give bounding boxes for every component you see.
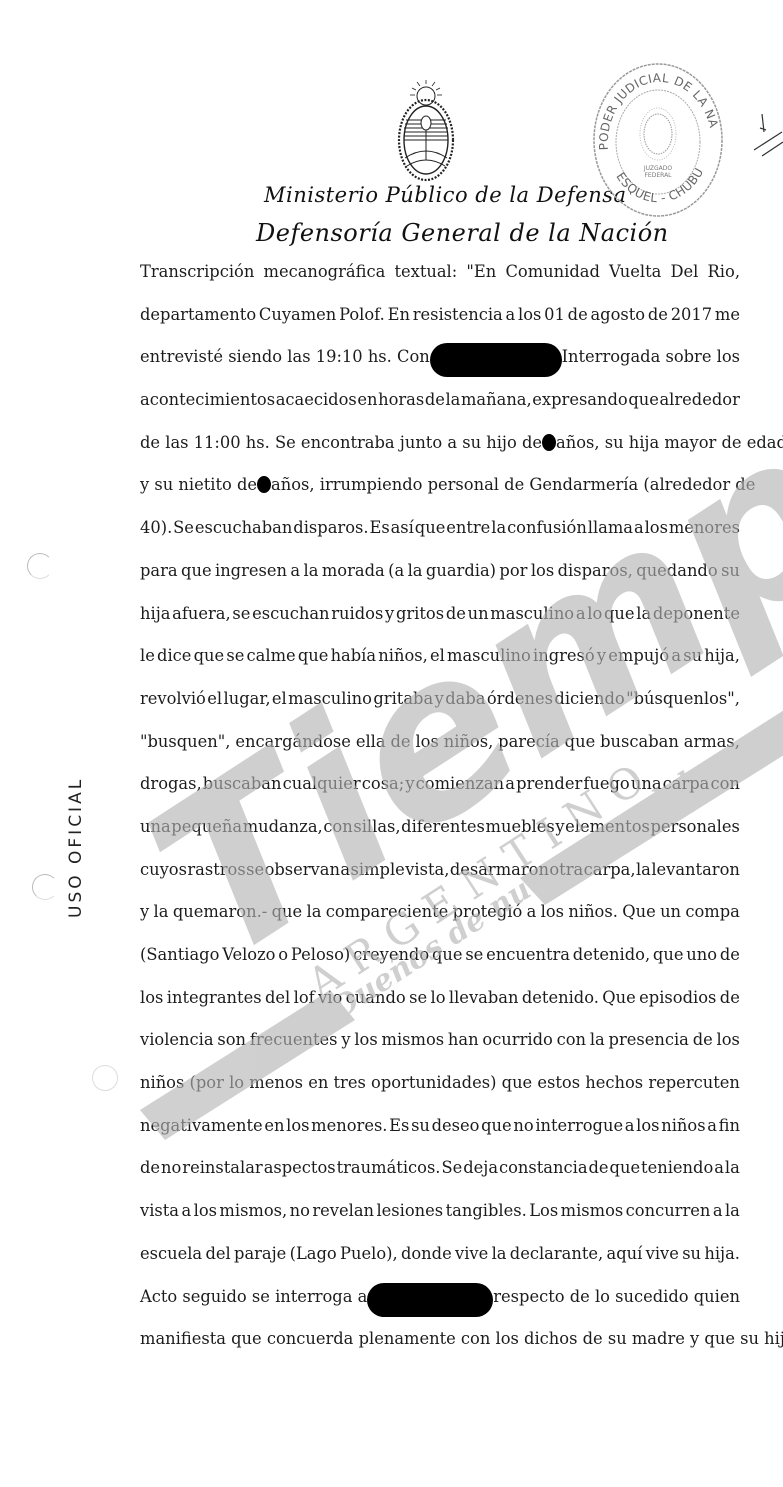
word: integrantes <box>167 984 262 1027</box>
word: calme <box>247 642 296 685</box>
word: disparos. <box>293 514 368 557</box>
word: con <box>557 1026 586 1069</box>
word: y <box>341 1026 350 1069</box>
word: mañana, <box>461 386 532 429</box>
binder-hole <box>27 553 53 579</box>
word: donde <box>401 1240 452 1283</box>
word: masculino <box>288 685 372 728</box>
word: desarmaron <box>450 856 549 899</box>
word: deseo <box>432 1112 480 1155</box>
text-segment: oportunidades) <box>371 1069 496 1112</box>
word: a <box>713 1197 723 1240</box>
word: que <box>481 1112 512 1155</box>
word: presencia <box>609 1026 689 1069</box>
text-segment: un <box>660 898 681 941</box>
word: reinstalar <box>182 1154 262 1197</box>
binder-hole <box>32 874 58 900</box>
word: otra <box>549 856 583 899</box>
text-line: hijaafuera,seescuchanruidosygritosdeunma… <box>140 600 740 643</box>
stamp-center-line1: JUZGADO <box>643 165 673 172</box>
office-name: Defensoría General de la Nación <box>256 219 669 247</box>
word: se <box>232 600 250 643</box>
word: alrededor <box>659 386 739 429</box>
word: que <box>181 557 212 600</box>
text-line: losintegrantesdellofviocuandoselollevaba… <box>140 984 740 1027</box>
word: llevaban <box>449 984 519 1027</box>
word: diciendo <box>554 685 624 728</box>
word: a <box>340 856 350 899</box>
word: y <box>555 813 564 856</box>
word: en <box>357 386 377 429</box>
text-segment: encargándose <box>235 728 351 771</box>
word: expresando <box>532 386 627 429</box>
word: la <box>725 1197 740 1240</box>
word: 40). <box>140 514 172 557</box>
word: me <box>715 301 740 344</box>
word: que <box>628 386 659 429</box>
text-segment: Transcripción <box>140 258 254 301</box>
word: quedando <box>636 557 717 600</box>
word: mismos <box>561 1197 624 1240</box>
word: vive <box>455 1240 488 1283</box>
word: en <box>264 1112 284 1155</box>
text-segment: niños. <box>568 898 618 941</box>
word: por <box>499 557 527 600</box>
court-stamp: PODER JUDICIAL DE LA NACIÓN ESQUEL - CHU… <box>586 58 726 218</box>
svg-text:PODER JUDICIAL DE LA NACIÓN: PODER JUDICIAL DE LA NACIÓN <box>586 58 721 150</box>
word: del <box>265 984 290 1027</box>
text-line: de las 11:00 hs. Se encontraba junto a s… <box>140 429 740 472</box>
word: el <box>207 685 222 728</box>
text-line: niños(porlomenosentresoportunidades)quee… <box>140 1069 740 1112</box>
redaction-mark <box>367 1283 493 1317</box>
word: la <box>636 600 651 643</box>
word: niños, <box>378 642 428 685</box>
text-segment: "En <box>466 258 496 301</box>
word: los <box>636 1112 659 1155</box>
text-segment: tres <box>334 1069 366 1112</box>
word: comienzan <box>416 770 504 813</box>
word: rastros <box>187 856 245 899</box>
word: (Santiago <box>140 941 219 984</box>
word: la <box>725 1154 740 1197</box>
word: carpa, <box>584 856 636 899</box>
word: acontecimientos <box>140 386 275 429</box>
word: escuela <box>140 1240 202 1283</box>
document-page: Ministerio Público de la Defensa Defenso… <box>0 0 783 1487</box>
text-segment-group: de las 11:00 hs. Se encontraba junto a s… <box>140 429 783 472</box>
text-line: revolvióellugar,elmasculinogritabaydabaó… <box>140 685 740 728</box>
word: la <box>445 386 460 429</box>
word: mudanza, <box>243 813 323 856</box>
text-segment: "busquen", <box>140 728 230 771</box>
text-segment: años, su hija mayor de edad <box>556 429 783 457</box>
word: de <box>425 386 445 429</box>
word: los <box>194 1197 217 1240</box>
text-line: ylaquemaron.-quelacomparecienteprotegióa… <box>140 898 740 941</box>
text-segment: Del <box>670 258 698 301</box>
text-line: y su nietito deaños, irrumpiendo persona… <box>140 471 740 514</box>
word: horas <box>378 386 424 429</box>
word: guardia) <box>426 557 496 600</box>
stamp-center-line2: FEDERAL <box>644 172 672 179</box>
word: el <box>430 642 445 685</box>
word: la <box>590 1026 605 1069</box>
word: menores <box>669 514 740 557</box>
word: de <box>140 1154 160 1197</box>
word: negativamente <box>140 1112 263 1155</box>
word: lo <box>587 600 602 643</box>
word: vista, <box>405 856 449 899</box>
word: teniendo <box>641 1154 713 1197</box>
word: sillas, <box>353 813 400 856</box>
word: confusión <box>507 514 587 557</box>
word: detenido, <box>573 941 650 984</box>
text-segment: Rio, <box>708 258 740 301</box>
text-segment: a <box>527 898 537 941</box>
word: dice <box>157 642 191 685</box>
word: acaecidos <box>276 386 357 429</box>
word: su <box>683 642 702 685</box>
text-segment-group: y su nietito deaños, irrumpiendo persona… <box>140 471 755 514</box>
text-segment: de las 11:00 hs. Se encontraba junto a s… <box>140 429 542 457</box>
word: a <box>714 1154 724 1197</box>
word: afuera, <box>172 600 231 643</box>
word: gritaba <box>373 685 433 728</box>
word: los <box>645 514 668 557</box>
word: con <box>711 770 740 813</box>
text-segment: Comunidad <box>505 258 599 301</box>
word: y <box>385 600 394 643</box>
text-line: Transcripciónmecanográficatextual:"EnCom… <box>140 258 740 301</box>
redaction-dot <box>257 476 271 493</box>
text-line: violenciasonfrecuentesylosmismoshanocurr… <box>140 1026 740 1069</box>
text-segment: ella <box>356 728 386 771</box>
text-segment: hechos <box>585 1069 643 1112</box>
text-line: departamentoCuyamenPolof.Enresistenciaal… <box>140 301 740 344</box>
text-segment: niños, <box>444 728 494 771</box>
text-segment: armas, <box>684 728 740 771</box>
word: así <box>391 514 414 557</box>
text-line: denoreinstalaraspectostraumáticos.Sedeja… <box>140 1154 740 1197</box>
word: levantaron <box>651 856 740 899</box>
word: han <box>448 1026 479 1069</box>
word: a <box>506 301 516 344</box>
word: no <box>290 1197 310 1240</box>
word: que <box>432 941 463 984</box>
text-segment: respecto de lo sucedido quien <box>493 1283 740 1326</box>
text-segment: la <box>306 898 321 941</box>
text-line: negativamenteenlosmenores.Essudeseoqueno… <box>140 1112 740 1155</box>
word: de <box>648 301 668 344</box>
word: con <box>323 813 352 856</box>
text-line: "busquen",encargándoseelladelosniños,par… <box>140 728 740 771</box>
word: diferentes <box>401 813 485 856</box>
text-segment: Vuelta <box>609 258 661 301</box>
text-segment: lo <box>229 1069 244 1112</box>
word: revolvió <box>140 685 206 728</box>
word: la <box>304 557 319 600</box>
text-segment: buscaban <box>600 728 679 771</box>
text-segment: y su nietito de <box>140 471 257 499</box>
text-line: paraqueingresenalamorada(alaguardia)porl… <box>140 557 740 600</box>
word: o <box>278 941 288 984</box>
text-segment: menos <box>249 1069 303 1112</box>
word: que <box>604 600 635 643</box>
stamp-top-text: PODER JUDICIAL DE LA NACIÓN <box>586 58 721 150</box>
word: pequeña <box>171 813 242 856</box>
word: lesiones <box>376 1197 443 1240</box>
word: episodios <box>639 984 716 1027</box>
word: que <box>298 642 329 685</box>
word: Polof. <box>339 301 385 344</box>
word: deponente <box>653 600 740 643</box>
word: los <box>518 301 541 344</box>
word: que <box>415 514 446 557</box>
word: hija <box>140 600 170 643</box>
word: Es <box>389 1112 409 1155</box>
text-segment: niños <box>140 1069 184 1112</box>
word: a <box>625 1112 635 1155</box>
word: la <box>491 514 506 557</box>
word: escuchan <box>252 600 329 643</box>
word: interrogue <box>535 1112 623 1155</box>
word: vive <box>646 1240 679 1283</box>
word: un <box>468 600 489 643</box>
text-segment: compa <box>685 898 740 941</box>
text-line: ledicequesecalmequehabíaniños,elmasculin… <box>140 642 740 685</box>
word: y <box>597 642 606 685</box>
word: declarante, <box>510 1240 603 1283</box>
word: resistencia <box>413 301 503 344</box>
text-line: acontecimientosacaecidosenhorasdelamañan… <box>140 386 740 429</box>
word: mismos <box>382 1026 445 1069</box>
word: una <box>631 770 662 813</box>
word: morada <box>322 557 385 600</box>
word: vista <box>140 1197 179 1240</box>
word: ruidos <box>331 600 383 643</box>
word: Que <box>602 984 635 1027</box>
text-segment: de <box>391 728 411 771</box>
word: 01 <box>544 301 565 344</box>
text-segment: los <box>541 898 564 941</box>
word: de <box>589 1154 609 1197</box>
word: muebles <box>486 813 555 856</box>
word: personales <box>650 813 739 856</box>
word: creyendo <box>353 941 429 984</box>
word: su <box>682 1240 701 1283</box>
word: había <box>331 642 377 685</box>
word: uno <box>686 941 717 984</box>
text-line: entrevisté siendo las 19:10 hs. ConInter… <box>140 343 740 386</box>
text-segment: que <box>272 898 303 941</box>
text-segment: la <box>154 898 169 941</box>
word: concurren <box>626 1197 711 1240</box>
word: de <box>720 984 740 1027</box>
word: (a <box>388 557 404 600</box>
word: Puelo), <box>340 1240 398 1283</box>
word: y <box>435 685 444 728</box>
word: órdenes <box>487 685 553 728</box>
word: 2017 <box>671 301 712 344</box>
word: ocurrido <box>482 1026 552 1069</box>
word: cuando <box>346 984 406 1027</box>
text-segment: mecanográfica <box>264 258 386 301</box>
text-segment: y <box>140 898 149 941</box>
text-line: (SantiagoVelozooPeloso)creyendoqueseencu… <box>140 941 740 984</box>
word: niños <box>661 1112 705 1155</box>
text-line: unapequeñamudanza,consillas,diferentesmu… <box>140 813 740 856</box>
text-segment: parecía <box>498 728 560 771</box>
word: Se <box>173 514 194 557</box>
word: son <box>217 1026 246 1069</box>
page-number-mark <box>752 110 783 160</box>
word: mismos, <box>219 1197 287 1240</box>
text-segment: protegió <box>453 898 523 941</box>
word: a <box>181 1197 191 1240</box>
text-segment: Acto seguido se interroga a <box>140 1283 367 1326</box>
word: frecuentes <box>250 1026 338 1069</box>
text-segment: repercuten <box>648 1069 740 1112</box>
word: no <box>161 1154 181 1197</box>
text-line: Acto seguido se interroga arespecto de l… <box>140 1283 740 1326</box>
official-use-label: USO OFICIAL <box>66 777 86 918</box>
word: los <box>286 1112 309 1155</box>
word: Cuyamen <box>259 301 336 344</box>
word: los <box>354 1026 377 1069</box>
word: detenido. <box>522 984 599 1027</box>
word: buscaban <box>203 770 282 813</box>
word: el <box>272 685 287 728</box>
redaction-mark <box>430 343 562 377</box>
text-segment: los <box>415 728 438 771</box>
word: aquí <box>607 1240 643 1283</box>
word: hija, <box>704 642 740 685</box>
word: la <box>636 856 651 899</box>
word: a <box>505 770 515 813</box>
word: gritos <box>396 600 444 643</box>
word: Los <box>529 1197 558 1240</box>
word: se <box>409 984 427 1027</box>
word: departamento <box>140 301 256 344</box>
word: la <box>408 557 423 600</box>
word: y <box>405 770 414 813</box>
text-segment: manifiesta que concuerda plenamente con … <box>140 1325 783 1368</box>
text-line: 40).Seescuchabandisparos.Esasíqueentrela… <box>140 514 740 557</box>
word: de <box>693 1026 713 1069</box>
word: elementos <box>565 813 650 856</box>
transcription-body: Transcripciónmecanográficatextual:"EnCom… <box>140 258 740 1368</box>
word: masculino <box>447 642 531 685</box>
word: se <box>465 941 483 984</box>
text-segment: textual: <box>394 258 457 301</box>
word: del <box>205 1240 230 1283</box>
word: tangibles. <box>446 1197 527 1240</box>
word: disparos, <box>558 557 633 600</box>
word: (Lago <box>290 1240 337 1283</box>
word: deja <box>463 1154 498 1197</box>
word: "búsquenlos", <box>626 685 740 728</box>
word: agosto <box>590 301 645 344</box>
text-line: manifiesta que concuerda plenamente con … <box>140 1325 740 1368</box>
text-segment: años, irrumpiendo personal de Gendarmerí… <box>271 471 755 499</box>
word: lo <box>430 984 445 1027</box>
word: fin <box>719 1112 740 1155</box>
text-line: cuyosrastrosseobservanasimplevista,desar… <box>140 856 740 899</box>
word: Se <box>441 1154 462 1197</box>
word: paraje <box>234 1240 286 1283</box>
word: que <box>194 642 225 685</box>
text-line: escueladelparaje(LagoPuelo),dondevivelad… <box>140 1240 740 1283</box>
word: violencia <box>140 1026 214 1069</box>
word: cualquier <box>283 770 361 813</box>
word: para <box>140 557 178 600</box>
word: llama <box>588 514 633 557</box>
text-segment: (por <box>190 1069 224 1112</box>
word: prender <box>516 770 582 813</box>
word: se <box>226 642 244 685</box>
word: una <box>140 813 171 856</box>
word: observan <box>265 856 340 899</box>
text-segment: Interrogada sobre los <box>562 343 740 386</box>
argentine-coat-of-arms-icon <box>393 78 459 190</box>
word: a <box>671 642 681 685</box>
word: constancia <box>499 1154 588 1197</box>
word: a <box>290 557 300 600</box>
word: no <box>513 1112 533 1155</box>
text-line: drogas,buscabancualquiercosa;ycomienzana… <box>140 770 740 813</box>
word: la <box>492 1240 507 1283</box>
redaction-dot <box>542 434 556 451</box>
word: los <box>717 1026 740 1069</box>
word: de <box>568 301 588 344</box>
word: carpa <box>663 770 710 813</box>
word: le <box>140 642 155 685</box>
binder-hole <box>92 1065 118 1091</box>
word: se <box>246 856 264 899</box>
word: cuyos <box>140 856 187 899</box>
word: ingresó <box>533 642 595 685</box>
word: su <box>721 557 740 600</box>
word: escuchaban <box>195 514 293 557</box>
word: En <box>388 301 410 344</box>
text-segment: en <box>308 1069 328 1112</box>
word: encuentra <box>486 941 570 984</box>
word: a <box>634 514 644 557</box>
word: vio <box>318 984 342 1027</box>
word: entre <box>446 514 490 557</box>
word: daba <box>445 685 485 728</box>
word: que <box>610 1154 641 1197</box>
word: su <box>411 1112 430 1155</box>
text-segment: Que <box>622 898 655 941</box>
word: drogas, <box>140 770 202 813</box>
word: hija. <box>704 1240 740 1283</box>
word: a <box>707 1112 717 1155</box>
word: cosa; <box>362 770 404 813</box>
word: lof <box>294 984 315 1027</box>
text-segment: entrevisté siendo las 19:10 hs. Con <box>140 343 430 386</box>
word: traumáticos. <box>337 1154 441 1197</box>
word: aspectos <box>264 1154 336 1197</box>
word: revelan <box>312 1197 374 1240</box>
text-segment: que <box>565 728 596 771</box>
word: masculino <box>490 600 574 643</box>
word: los <box>140 984 163 1027</box>
word: fuego <box>583 770 629 813</box>
text-segment: quemaron.- <box>173 898 267 941</box>
word: a <box>576 600 586 643</box>
